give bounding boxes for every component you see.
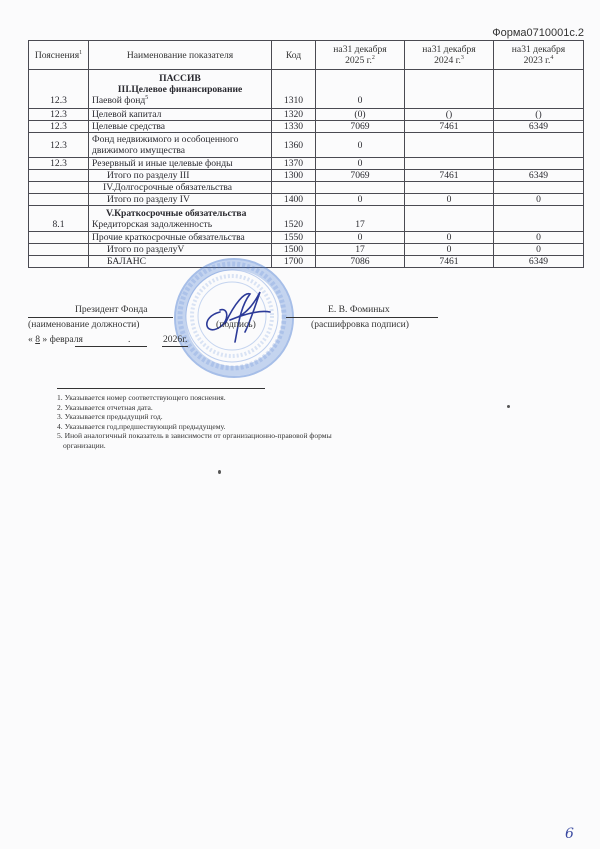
table-row-1500: Итого по разделуV 1500 17 0 0 xyxy=(29,244,584,256)
page-number: 6 xyxy=(565,826,574,842)
footnotes-rule xyxy=(57,388,265,389)
row-code: 1310 xyxy=(272,70,316,109)
value-2023: 0 xyxy=(494,194,584,206)
table-row-1310: 12.3 ПАССИВ III.Целевое финансирование П… xyxy=(29,70,584,109)
signing-date: « 8 » февраля xyxy=(28,334,83,345)
table-row-1360: 12.3 Фонд недвижимого и особоценногодвиж… xyxy=(29,133,584,158)
signatory-name: Е. В. Фоминых xyxy=(328,304,390,315)
row-name: Итого по разделу IV xyxy=(89,194,272,206)
name-line xyxy=(286,317,438,318)
row-note xyxy=(29,256,89,268)
date-dot: . xyxy=(128,334,130,345)
table-row-1300: Итого по разделу III 1300 7069 7461 6349 xyxy=(29,170,584,182)
row-code: 1320 xyxy=(272,109,316,121)
position-caption: (наименование должности) xyxy=(28,319,140,330)
name-caption: (расшифровка подписи) xyxy=(311,319,409,330)
value-2025: 0 xyxy=(316,232,405,244)
row-note: 8.1 xyxy=(29,206,89,232)
value-2024 xyxy=(405,206,494,232)
row-code: 1360 xyxy=(272,133,316,158)
value-2024: 7461 xyxy=(405,256,494,268)
row-code: 1550 xyxy=(272,232,316,244)
signature-caption: (подпись) xyxy=(216,319,256,330)
row-note xyxy=(29,232,89,244)
document-page: Форма0710001с.2 Пояснения1 Наименование … xyxy=(0,0,600,849)
date-month-line xyxy=(75,346,147,347)
footnotes: 1. Указывается номер соответствующего по… xyxy=(57,388,377,450)
scan-speck xyxy=(507,405,510,408)
row-code: 1330 xyxy=(272,121,316,133)
value-2024: 0 xyxy=(405,232,494,244)
header-indicator: Наименование показателя xyxy=(89,41,272,70)
value-2024: () xyxy=(405,109,494,121)
date-year: 2026г. xyxy=(163,334,187,345)
header-notes: Пояснения1 xyxy=(29,41,89,70)
row-note xyxy=(29,170,89,182)
section-4-title: IV.Долгосрочные обязательства xyxy=(89,182,272,194)
table-row-1520: 8.1 V.Краткосрочные обязательства Кредит… xyxy=(29,206,584,232)
header-code: Код xyxy=(272,41,316,70)
value-2023 xyxy=(494,70,584,109)
footnote-5: 5. Иной аналогичный показатель в зависим… xyxy=(57,431,377,441)
row-name: ПАССИВ III.Целевое финансирование Паевой… xyxy=(89,70,272,109)
row-name: Итого по разделу III xyxy=(89,170,272,182)
row-name: Прочие краткосрочные обязательства xyxy=(89,232,272,244)
row-name: Фонд недвижимого и особоценногодвижимого… xyxy=(89,133,272,158)
row-note xyxy=(29,244,89,256)
row-code: 1300 xyxy=(272,170,316,182)
header-2024: на31 декабря2024 г.3 xyxy=(405,41,494,70)
row-name: Целевые средства xyxy=(89,121,272,133)
table-row-1700: БАЛАНС 1700 7086 7461 6349 xyxy=(29,256,584,268)
value-2025: 0 xyxy=(316,70,405,109)
row-code: 1500 xyxy=(272,244,316,256)
footnote-3: 3. Указывается предыдущий год. xyxy=(57,412,377,422)
section-5-title: V.Краткосрочные обязательства xyxy=(92,208,268,219)
value-2025: 0 xyxy=(316,158,405,170)
value-2025: 7086 xyxy=(316,256,405,268)
handwritten-signature-icon xyxy=(190,282,280,352)
section-4-row: IV.Долгосрочные обязательства xyxy=(29,182,584,194)
table-row-1330: 12.3 Целевые средства 1330 7069 7461 634… xyxy=(29,121,584,133)
value-2025: 17 xyxy=(316,206,405,232)
value-2024: 0 xyxy=(405,194,494,206)
table-row-1320: 12.3 Целевой капитал 1320 (0) () () xyxy=(29,109,584,121)
row-note: 12.3 xyxy=(29,158,89,170)
value-2024: 7461 xyxy=(405,121,494,133)
value-2024 xyxy=(405,158,494,170)
value-2024: 0 xyxy=(405,244,494,256)
value-2023: 6349 xyxy=(494,121,584,133)
footnote-1: 1. Указывается номер соответствующего по… xyxy=(57,393,377,403)
table-row-1400: Итого по разделу IV 1400 0 0 0 xyxy=(29,194,584,206)
signatory-position: Президент Фонда xyxy=(75,304,148,315)
row-note: 12.3 xyxy=(29,133,89,158)
value-2023: 6349 xyxy=(494,170,584,182)
row-code: 1400 xyxy=(272,194,316,206)
row-name: Целевой капитал xyxy=(89,109,272,121)
value-2024 xyxy=(405,133,494,158)
form-code: Форма0710001с.2 xyxy=(492,27,584,39)
table-row-1550: Прочие краткосрочные обязательства 1550 … xyxy=(29,232,584,244)
row-note: 12.3 xyxy=(29,109,89,121)
value-2023: 6349 xyxy=(494,256,584,268)
value-2023 xyxy=(494,206,584,232)
table-header-row: Пояснения1 Наименование показателя Код н… xyxy=(29,41,584,70)
footnote-2: 2. Указывается отчетная дата. xyxy=(57,403,377,413)
header-2023: на31 декабря2023 г.4 xyxy=(494,41,584,70)
row-note: 12.3 xyxy=(29,70,89,109)
section-3-title: III.Целевое финансирование xyxy=(92,84,268,95)
date-day: 8 xyxy=(35,334,40,345)
row-name: Резервный и иные целевые фонды xyxy=(89,158,272,170)
value-2023: 0 xyxy=(494,232,584,244)
value-2023 xyxy=(494,133,584,158)
value-2023 xyxy=(494,158,584,170)
value-2023: 0 xyxy=(494,244,584,256)
value-2025: 7069 xyxy=(316,121,405,133)
table-row-1370: 12.3 Резервный и иные целевые фонды 1370… xyxy=(29,158,584,170)
footnote-5-continued: организации. xyxy=(57,441,377,451)
value-2025: 17 xyxy=(316,244,405,256)
value-2025: 7069 xyxy=(316,170,405,182)
balance-sheet-table: Пояснения1 Наименование показателя Код н… xyxy=(28,40,584,268)
row-code: 1370 xyxy=(272,158,316,170)
header-2025: на31 декабря2025 г.2 xyxy=(316,41,405,70)
section-liabilities-title: ПАССИВ xyxy=(92,73,268,84)
value-2024: 7461 xyxy=(405,170,494,182)
value-2023: () xyxy=(494,109,584,121)
row-note: 12.3 xyxy=(29,121,89,133)
position-line xyxy=(28,317,173,318)
value-2025: (0) xyxy=(316,109,405,121)
value-2025: 0 xyxy=(316,133,405,158)
row-name: V.Краткосрочные обязательства Кредиторск… xyxy=(89,206,272,232)
row-code: 1520 xyxy=(272,206,316,232)
date-year-line xyxy=(162,346,188,347)
value-2025: 0 xyxy=(316,194,405,206)
value-2024 xyxy=(405,70,494,109)
footnote-4: 4. Указывается год,предшествующий предыд… xyxy=(57,422,377,432)
row-name: Итого по разделуV xyxy=(89,244,272,256)
scan-speck xyxy=(218,470,221,474)
row-note xyxy=(29,194,89,206)
